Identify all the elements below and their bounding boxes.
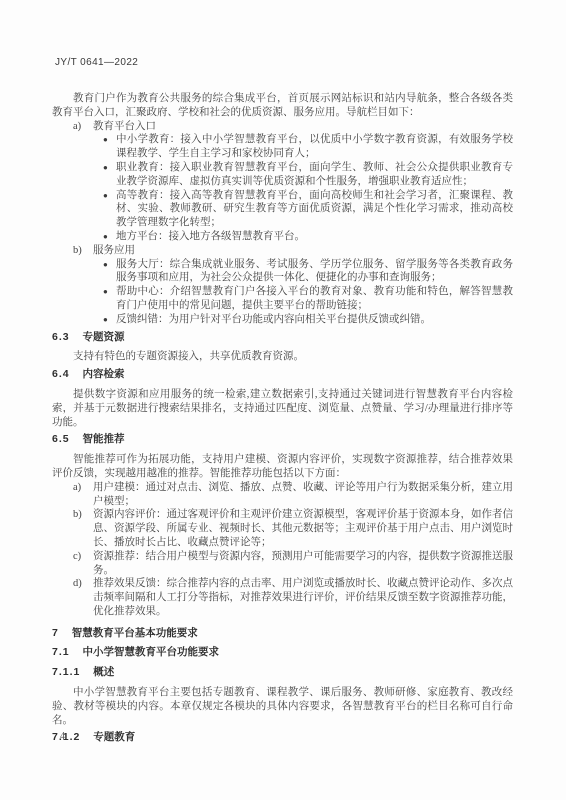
heading-number: 6.5	[52, 433, 70, 445]
bullet-text: 反馈纠错：为用户针对平台功能或内容向相关平台提供反馈或纠错。	[116, 313, 513, 327]
list-item-marker: a)	[73, 481, 93, 509]
heading-number: 6.3	[52, 331, 70, 343]
list-item-marker: b)	[73, 508, 93, 549]
bullet-icon: ●	[103, 161, 116, 189]
list-item-label: 教育平台入口	[93, 120, 513, 134]
section-heading-6-5: 6.5 智能推荐	[52, 433, 513, 447]
bullet-icon: ●	[103, 313, 116, 327]
paragraph: 中小学智慧教育平台主要包括专题教育、课程教学、课后服务、教师研修、家庭教育、教改…	[52, 686, 513, 727]
list-item-marker: d)	[73, 577, 93, 618]
heading-title: 中小学智慧教育平台功能要求	[83, 646, 220, 658]
heading-number: 7.1.2	[52, 731, 80, 743]
list-item: a) 用户建模：通过对点击、浏览、播放、点赞、收藏、评论等用户行为数据采集分析，…	[52, 481, 513, 509]
list-item: ● 职业教育：接入职业教育智慧教育平台，面向学生、教师、社会公众提供职业教育专业…	[52, 161, 513, 189]
list-item: b) 资源内容评价：通过客观评价和主观评价建立资源模型，客观评价基于资源本身，如…	[52, 508, 513, 549]
list-item-text: 资源内容评价：通过客观评价和主观评价建立资源模型，客观评价基于资源本身，如作者信…	[93, 508, 513, 549]
bullet-text: 地方平台：接入地方各级智慧教育平台。	[116, 230, 513, 244]
bullet-icon: ●	[103, 133, 116, 161]
list-item-marker: a)	[73, 120, 93, 134]
heading-number: 7.1	[52, 646, 70, 658]
list-item-marker: b)	[73, 244, 93, 258]
heading-title: 智能推荐	[83, 433, 125, 445]
page-number: 4	[60, 731, 65, 742]
list-item: ● 帮助中心：介绍智慧教育门户各接入平台的教育对象、教育功能和特色，解答智慧教育…	[52, 285, 513, 313]
bullet-icon: ●	[103, 285, 116, 313]
section-heading-7-1: 7.1 中小学智慧教育平台功能要求	[52, 646, 513, 660]
list-item-text: 用户建模：通过对点击、浏览、播放、点赞、收藏、评论等用户行为数据采集分析，建立用…	[93, 481, 513, 509]
list-item-label: 服务应用	[93, 244, 513, 258]
list-item-a: a) 教育平台入口	[52, 120, 513, 134]
bullet-icon: ●	[103, 230, 116, 244]
heading-title: 内容检索	[83, 368, 125, 380]
heading-title: 智慧教育平台基本功能要求	[72, 627, 198, 639]
paragraph: 支持有特色的专题资源接入，共享优质教育资源。	[52, 350, 513, 364]
section-heading-7-1-1: 7.1.1 概述	[52, 666, 513, 680]
bullet-text: 职业教育：接入职业教育智慧教育平台，面向学生、教师、社会公众提供职业教育专业教学…	[116, 161, 513, 189]
paragraph: 智能推荐可作为拓展功能，支持用户建模、资源内容评价，实现数字资源推荐，结合推荐效…	[52, 453, 513, 481]
bullet-text: 中小学教育：接入中小学智慧教育平台，以优质中小学数字教育资源，有效服务学校课程教…	[116, 133, 513, 161]
heading-number: 7	[52, 627, 59, 639]
list-item: ● 服务大厅：综合集成就业服务、考试服务、学历学位服务、留学服务等各类教育政务服…	[52, 258, 513, 286]
heading-title: 专题资源	[83, 331, 125, 343]
bullet-icon: ●	[103, 189, 116, 230]
list-item-text: 资源推荐：结合用户模型与资源内容，预测用户可能需要学习的内容，提供数字资源推送服…	[93, 550, 513, 578]
heading-number: 7.1.1	[52, 666, 80, 678]
intro-paragraph: 教育门户作为教育公共服务的综合集成平台，首页展示网站标识和站内导航条，整合各级各…	[52, 92, 513, 120]
document-page: JY/T 0641—2022 教育门户作为教育公共服务的综合集成平台，首页展示网…	[0, 0, 566, 800]
list-item-text: 推荐效果反馈：综合推荐内容的点击率、用户浏览或播放时长、收藏点赞评论动作、多次点…	[93, 577, 513, 618]
document-content: 教育门户作为教育公共服务的综合集成平台，首页展示网站标识和站内导航条，整合各级各…	[52, 92, 513, 751]
heading-number: 6.4	[52, 368, 70, 380]
section-heading-6-3: 6.3 专题资源	[52, 331, 513, 345]
list-item: ● 地方平台：接入地方各级智慧教育平台。	[52, 230, 513, 244]
heading-title: 概述	[93, 666, 114, 678]
section-heading-7-1-2: 7.1.2 专题教育	[52, 731, 513, 745]
bullet-icon: ●	[103, 258, 116, 286]
list-item: ● 高等教育：接入高等教育智慧教育平台，面向高校师生和社会学习者，汇聚课程、教材…	[52, 189, 513, 230]
bullet-text: 帮助中心：介绍智慧教育门户各接入平台的教育对象、教育功能和特色，解答智慧教育门户…	[116, 285, 513, 313]
list-item: d) 推荐效果反馈：综合推荐内容的点击率、用户浏览或播放时长、收藏点赞评论动作、…	[52, 577, 513, 618]
list-item: ● 反馈纠错：为用户针对平台功能或内容向相关平台提供反馈或纠错。	[52, 313, 513, 327]
list-item: c) 资源推荐：结合用户模型与资源内容，预测用户可能需要学习的内容，提供数字资源…	[52, 550, 513, 578]
section-heading-6-4: 6.4 内容检索	[52, 368, 513, 382]
doc-code: JY/T 0641—2022	[55, 57, 138, 68]
list-item-marker: c)	[73, 550, 93, 578]
list-item: ● 中小学教育：接入中小学智慧教育平台，以优质中小学数字教育资源，有效服务学校课…	[52, 133, 513, 161]
paragraph: 提供数字资源和应用服务的统一检索,建立数据索引,支持通过关键词进行智慧教育平台内…	[52, 388, 513, 429]
section-heading-7: 7 智慧教育平台基本功能要求	[52, 627, 513, 641]
list-item-b: b) 服务应用	[52, 244, 513, 258]
bullet-text: 高等教育：接入高等教育智慧教育平台，面向高校师生和社会学习者，汇聚课程、教材、实…	[116, 189, 513, 230]
heading-title: 专题教育	[93, 731, 135, 743]
bullet-text: 服务大厅：综合集成就业服务、考试服务、学历学位服务、留学服务等各类教育政务服务事…	[116, 258, 513, 286]
